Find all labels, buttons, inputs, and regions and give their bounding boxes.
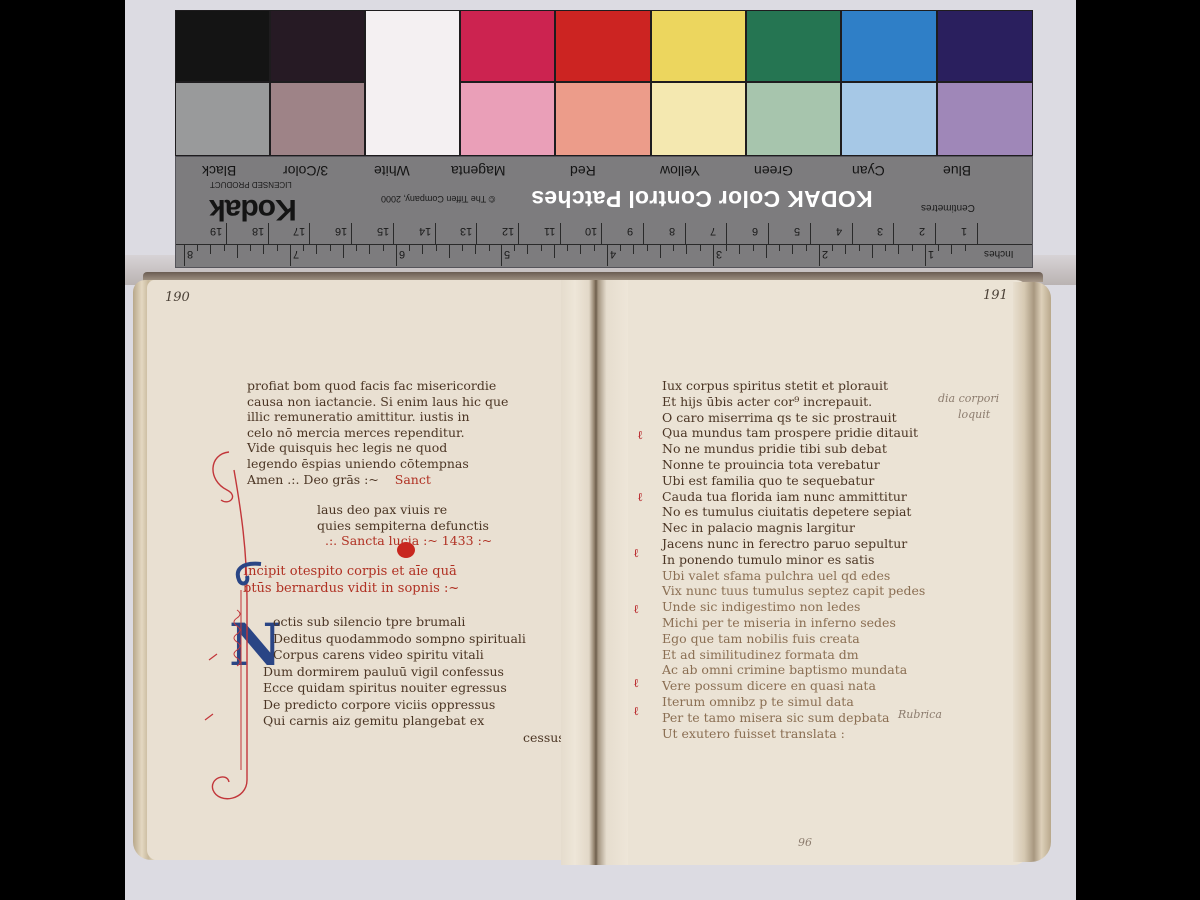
inch-subtick	[541, 244, 542, 251]
right-page-stack	[1013, 282, 1051, 862]
poem-continuation: Iux corpus spiritus stetit et plorauitEt…	[662, 378, 925, 741]
paragraph-mark: ℓ	[638, 428, 643, 443]
rubric-sanct: Sanct	[395, 472, 431, 487]
cm-tick	[560, 223, 561, 244]
inch-subtick	[527, 244, 528, 254]
text-line: O caro miserrima qs te sic prostrauit	[662, 410, 925, 426]
inch-subtick	[316, 244, 317, 254]
text-line: Et ad similitudinez formata dm	[662, 647, 925, 663]
text-line: Iterum omnibz p te simul data	[662, 694, 925, 710]
text-line: Vide quisquis hec legis ne quod	[247, 440, 508, 456]
cm-number: 12	[502, 225, 514, 237]
paragraph-mark: ℓ	[634, 704, 639, 719]
inch-tick	[819, 244, 820, 266]
patch-magenta	[460, 10, 555, 82]
patch-cyan	[841, 10, 937, 82]
inch-subtick	[356, 244, 357, 251]
inch-number: 7	[293, 248, 299, 260]
inch-subtick	[647, 244, 648, 251]
centimetres-label: Centimetres	[921, 202, 975, 213]
inch-subtick	[726, 244, 727, 251]
inch-subtick	[422, 244, 423, 254]
red-wax-spot	[397, 542, 415, 558]
patch-green-light	[746, 82, 841, 156]
inch-subtick	[224, 244, 225, 251]
text-line: cessus	[263, 730, 565, 747]
patch-label-white: White	[374, 163, 410, 179]
cm-number: 18	[252, 225, 264, 237]
left-page: 190 profiat bom quod facis fac misericor…	[147, 280, 567, 860]
patch-3-color-light	[270, 82, 365, 156]
text-line: Dum dormirem pauluū vigil confessus	[263, 664, 565, 681]
inches-label: Inches	[984, 248, 1013, 259]
cm-number: 10	[585, 225, 597, 237]
text-line: No es tumulus ciuitatis depetere sepiat	[662, 504, 925, 520]
text-line: Nec in palacio magnis largitur	[662, 520, 925, 536]
cm-tick	[226, 223, 227, 244]
inch-subtick	[436, 244, 437, 251]
color-patches	[175, 10, 1035, 156]
cm-tick	[768, 223, 769, 244]
ruler-divider	[176, 244, 1032, 245]
patch-label-blue: Blue	[943, 163, 971, 179]
text-line: Qua mundus tam prospere pridie ditauit	[662, 425, 925, 441]
patch-red	[555, 10, 651, 82]
patch-label-cyan: Cyan	[852, 163, 885, 179]
patch-blue-light	[937, 82, 1033, 156]
inch-tick	[713, 244, 714, 266]
inch-tick	[925, 244, 926, 266]
inch-subtick	[951, 244, 952, 254]
cm-tick	[351, 223, 352, 244]
inch-subtick	[475, 244, 476, 254]
inch-tick	[607, 244, 608, 266]
cm-tick	[685, 223, 686, 244]
cm-tick	[601, 223, 602, 244]
text-line: No ne mundus pridie tibi sub debat	[662, 441, 925, 457]
book-gutter	[561, 280, 631, 865]
patch-label-black: Black	[202, 163, 236, 179]
kodak-color-target: Blue Cyan Green Yellow Red Magenta White…	[175, 10, 1035, 268]
patch-green	[746, 10, 841, 82]
cm-number: 1	[961, 225, 967, 237]
inch-subtick	[660, 244, 661, 258]
text-line: Unde sic indigestimo non ledes	[662, 599, 925, 615]
inch-subtick	[872, 244, 873, 258]
inch-subtick	[832, 244, 833, 251]
text-line: Jacens nunc in ferectro paruo sepultur	[662, 536, 925, 552]
cm-tick	[852, 223, 853, 244]
text-line: Ut exutero fuisset translata :	[662, 726, 925, 742]
patch-label-3color: 3/Color	[283, 163, 328, 179]
text-line: Per te tamo misera sic sum depbata	[662, 710, 925, 726]
inch-subtick	[792, 244, 793, 254]
text-line: Ubi est familia quo te sequebatur	[662, 473, 925, 489]
target-title: KODAK Color Control Patches	[531, 185, 873, 212]
cm-number: 17	[293, 225, 305, 237]
inch-tick	[184, 244, 185, 266]
cm-number: 14	[419, 225, 431, 237]
text-line: profiat bom quod facis fac misericordie	[247, 378, 508, 394]
label-strip: Blue Cyan Green Yellow Red Magenta White…	[175, 156, 1033, 268]
cm-number: 8	[669, 225, 675, 237]
paragraph-mark: ℓ	[638, 490, 643, 505]
text-line: Ecce quidam spiritus nouiter egressus	[263, 680, 565, 697]
patch-label-red: Red	[570, 163, 596, 179]
text-line: Qui carnis aiz gemitu plangebat ex	[263, 713, 565, 730]
patch-blue	[937, 10, 1033, 82]
inch-subtick	[965, 244, 966, 251]
inch-subtick	[580, 244, 581, 254]
cm-tick	[518, 223, 519, 244]
cm-tick	[977, 223, 978, 244]
patch-black	[175, 10, 270, 82]
inch-subtick	[489, 244, 490, 251]
text-line: Corpus carens video spiritu vitali	[263, 647, 565, 664]
inch-subtick	[686, 244, 687, 254]
patch-red-light	[555, 82, 651, 156]
patch-3-color	[270, 10, 365, 82]
right-page: 191 Iux corpus spiritus stetit et plorau…	[628, 280, 1028, 865]
folio-number: 190	[165, 290, 190, 305]
cm-number: 3	[877, 225, 883, 237]
cm-number: 2	[919, 225, 925, 237]
inch-subtick	[554, 244, 555, 258]
inch-subtick	[859, 244, 860, 251]
cm-number: 5	[794, 225, 800, 237]
cm-tick	[309, 223, 310, 244]
cm-number: 6	[752, 225, 758, 237]
text-line: Ego que tam nobilis fuis creata	[662, 631, 925, 647]
cm-tick	[268, 223, 269, 244]
cm-tick	[810, 223, 811, 244]
inch-subtick	[250, 244, 251, 251]
cm-tick	[476, 223, 477, 244]
inch-tick	[290, 244, 291, 266]
inch-subtick	[263, 244, 264, 254]
inch-tick	[501, 244, 502, 266]
text-line: quies sempiterna defunctis	[317, 518, 492, 534]
inch-subtick	[343, 244, 344, 258]
paragraph-mark: ℓ	[634, 602, 639, 617]
cm-number: 16	[335, 225, 347, 237]
inch-subtick	[462, 244, 463, 251]
text-line: Vere possum dicere en quasi nata	[662, 678, 925, 694]
text-line: legendo ēspias uniendo cōtempnas	[247, 456, 508, 472]
text-line: Ubi valet sfama pulchra uel qd edes	[662, 568, 925, 584]
inch-subtick	[885, 244, 886, 251]
cm-number: 7	[710, 225, 716, 237]
margin-note: loquit	[958, 408, 990, 421]
inch-tick	[396, 244, 397, 266]
inch-subtick	[303, 244, 304, 251]
inch-subtick	[237, 244, 238, 258]
incipit-rubric: Incipit otespito corpis et aīe quā btūs …	[243, 563, 459, 597]
inch-number: 5	[504, 248, 510, 260]
inch-subtick	[700, 244, 701, 251]
margin-note: dia corpori	[938, 392, 999, 405]
text-line: Et hijs ūbis acter cor⁹ increpauit.	[662, 394, 925, 410]
text-line: Cauda tua florida iam nunc ammittitur	[662, 489, 925, 505]
patch-white	[365, 10, 460, 156]
inch-subtick	[620, 244, 621, 251]
cm-number: 19	[210, 225, 222, 237]
inch-subtick	[449, 244, 450, 258]
text-line: Incipit otespito corpis et aīe quā	[243, 563, 459, 580]
text-line: causa non iactancie. Si enim laus hic qu…	[247, 394, 508, 410]
text-line: laus deo pax viuis re	[317, 502, 492, 518]
text-line: Nonne te prouincia tota verebatur	[662, 457, 925, 473]
cm-number: 15	[377, 225, 389, 237]
text-line: Iux corpus spiritus stetit et plorauit	[662, 378, 925, 394]
red-flourish-border	[199, 450, 269, 810]
text-line: Deditus quodammodo sompno spirituali	[263, 631, 565, 648]
photograph: Blue Cyan Green Yellow Red Magenta White…	[125, 0, 1076, 900]
patch-gray	[175, 82, 270, 156]
inch-subtick	[673, 244, 674, 251]
text-line: celo nō mercia merces rependitur.	[247, 425, 508, 441]
inch-subtick	[779, 244, 780, 251]
margin-note: Rubrica	[898, 708, 942, 721]
inch-number: 2	[822, 248, 828, 260]
inch-subtick	[806, 244, 807, 251]
poem-text: octis sub silencio tpre brumali Deditus …	[263, 614, 565, 746]
text-line: Amen .:. Deo grās :~ Sanct	[247, 472, 508, 488]
paragraph-mark: ℓ	[634, 546, 639, 561]
inch-subtick	[912, 244, 913, 251]
patch-magenta-light	[460, 82, 555, 156]
cm-tick	[393, 223, 394, 244]
cm-number: 4	[836, 225, 842, 237]
patch-yellow-light	[651, 82, 746, 156]
patch-yellow	[651, 10, 746, 82]
inch-subtick	[633, 244, 634, 254]
cm-tick	[435, 223, 436, 244]
patch-label-magenta: Magenta	[451, 163, 505, 179]
inch-subtick	[594, 244, 595, 251]
bottom-folio: 96	[798, 836, 812, 849]
cm-number: 9	[627, 225, 633, 237]
patch-label-yellow: Yellow	[660, 163, 700, 179]
inch-number: 8	[187, 248, 193, 260]
blue-initial-i	[231, 560, 271, 590]
inch-subtick	[753, 244, 754, 251]
cm-tick	[893, 223, 894, 244]
text-line: octis sub silencio tpre brumali	[263, 614, 565, 631]
inch-number: 3	[716, 248, 722, 260]
text-line: btūs bernardus vidit in sopnis :~	[243, 580, 459, 597]
text-line: Ac ab omni crimine baptismo mundata	[662, 662, 925, 678]
text-line: Vix nunc tuus tumulus septez capit pedes	[662, 583, 925, 599]
text-line: Michi per te miseria in inferno sedes	[662, 615, 925, 631]
text-line: De predicto corpore viciis oppressus	[263, 697, 565, 714]
folio-number: 191	[983, 288, 1008, 303]
inch-subtick	[766, 244, 767, 258]
inch-subtick	[383, 244, 384, 251]
cm-number: 13	[460, 225, 472, 237]
inch-subtick	[514, 244, 515, 251]
patch-cyan-light	[841, 82, 937, 156]
inch-subtick	[938, 244, 939, 251]
copyright-text: © The Tiffen Company, 2000	[381, 194, 495, 204]
inch-subtick	[369, 244, 370, 254]
closing-text: profiat bom quod facis fac misericordie …	[247, 378, 508, 487]
inch-subtick	[210, 244, 211, 254]
paragraph-mark: ℓ	[634, 676, 639, 691]
inch-subtick	[845, 244, 846, 254]
cm-number: 11	[544, 225, 555, 237]
cm-tick	[643, 223, 644, 244]
inch-subtick	[330, 244, 331, 251]
text-line: In ponendo tumulo minor es satis	[662, 552, 925, 568]
inch-number: 1	[928, 248, 934, 260]
open-manuscript: 190 profiat bom quod facis fac misericor…	[133, 272, 1063, 872]
text-line: illic remuneratio amittitur. iustis in	[247, 409, 508, 425]
patch-label-green: Green	[754, 163, 793, 179]
licensed-product-text: LICENSED PRODUCT	[210, 180, 292, 189]
cm-tick	[935, 223, 936, 244]
inch-subtick	[277, 244, 278, 251]
inch-subtick	[567, 244, 568, 251]
inch-number: 4	[610, 248, 616, 260]
inch-subtick	[898, 244, 899, 254]
cm-tick	[726, 223, 727, 244]
ruler: Inches 191817161514131211109876543218765…	[176, 223, 1032, 267]
kodak-logo: Kodak	[210, 192, 297, 226]
inch-subtick	[197, 244, 198, 251]
inch-subtick	[409, 244, 410, 251]
inch-subtick	[739, 244, 740, 254]
inch-number: 6	[399, 248, 405, 260]
